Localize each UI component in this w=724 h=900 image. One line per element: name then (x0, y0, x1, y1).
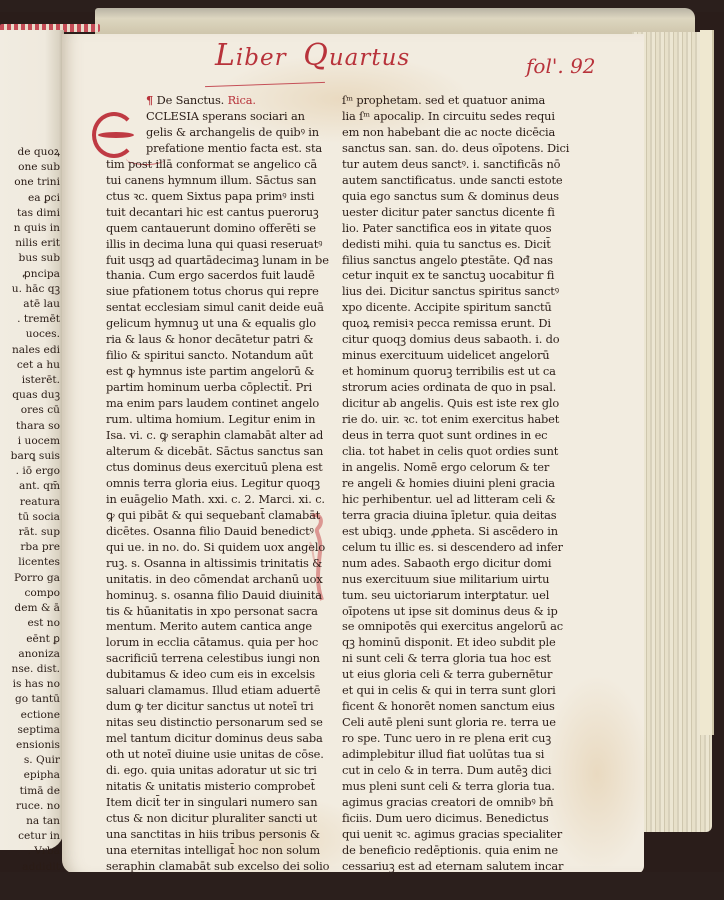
text-line: fuit usqꝫ ad quartādecimaꝫ lunam in be (106, 253, 312, 269)
text-line: omnis terra gloria eius. Legitur quoqꝫ (106, 476, 312, 492)
text-line: quas duꝫ (0, 388, 60, 403)
text-line: sanctus san. san. do. deus oīpotens. Dic… (342, 141, 568, 157)
pilcrow-mark: ¶ (146, 93, 153, 107)
text-line: is has no (0, 677, 60, 692)
text-line: rum. ultima homium. Legitur enim in (106, 412, 312, 428)
text-line: nitatis & unitatis misterio comprobet̄ (106, 779, 312, 795)
text-line: dedisti mihi. quia tu sanctus es. Dicit̄ (342, 237, 568, 253)
folio-number: fol'. 92 (526, 54, 596, 78)
text-line: qui uenit ꝛc. agimus gracias specialiter (342, 827, 568, 843)
text-line: cet a hu (0, 358, 60, 373)
text-line: quem cantauerunt domino offerēti se (106, 221, 312, 237)
text-line: autem sanctificatus. unde sancti estote (342, 173, 568, 189)
text-line: ſᵐ prophetam. sed et quatuor anima (342, 93, 568, 109)
title-initial: L (215, 38, 236, 73)
text-line: filius sanctus angelo ꝑtestāte. Qđ nas (342, 253, 568, 269)
text-line: di. ego. quia unitas adoratur ut sic tri (106, 763, 312, 779)
text-line: deus in terra quot sunt ordines in ec (342, 428, 568, 444)
text-line: ores cū (0, 403, 60, 418)
text-line: Porro ga (0, 571, 60, 586)
text-line: gelicum hymnuꝫ ut una & equalis glo (106, 316, 312, 332)
text-line: nales edi (0, 343, 60, 358)
text-line: dicitur ab angelis. Quis est iste rex gl… (342, 396, 568, 412)
text-line: sacrificiū terrena celestibus iungi non (106, 651, 312, 667)
text-line: septima (0, 723, 60, 738)
text-line: na tan (0, 814, 60, 829)
text-line: Isa. vi. c. ꝙ seraphin clamabāt alter ad (106, 428, 312, 444)
title-word-liber: iber (236, 45, 287, 71)
text-line: lia ſᵐ apocalip. In circuitu sedes requi (342, 109, 568, 125)
text-line: se omnipotēs qui exercitus angelorū ac (342, 619, 568, 635)
text-line: tū socia (0, 510, 60, 525)
text-line: unitatis. in deo cōmendat archanū uox (106, 572, 312, 588)
text-line: hominuꝫ. s. osanna filio Dauid diuinita (106, 588, 312, 604)
text-line: partim hominum uerba cōplectit̄. Pri (106, 380, 312, 396)
section-heading-text: De Sanctus. (157, 93, 225, 107)
text-line: barꝗ suis (0, 449, 60, 464)
text-line: minus exercituum uidelicet angelorū (342, 348, 568, 364)
text-line: lorum in ecclia cātamus. quia per hoc (106, 635, 312, 651)
text-line: bus sub (0, 251, 60, 266)
text-line: em non habebant die ac nocte dicēcia (342, 125, 568, 141)
text-line: timā de (0, 784, 60, 799)
text-column-right: ſᵐ prophetam. sed et quatuor animalia ſᵐ… (342, 93, 568, 891)
text-line: quia ego sanctus sum & dominus deus (342, 189, 568, 205)
text-line: ro spe. Tunc uero in re plena erit cuꝫ (342, 731, 568, 747)
text-line: i uocem (0, 434, 60, 449)
text-line: . Vrba (0, 844, 60, 859)
text-column-left: ¶ De Sanctus. Rica. CCLESIA sperans soci… (106, 93, 312, 875)
text-line: in angelis. Nomē ergo celorum & ter (342, 460, 568, 476)
text-line: ꝙ qui pibāt & qui sequebant̄ clamabāt (106, 508, 312, 524)
text-line: ficent & honorēt nomen sanctum eius (342, 699, 568, 715)
text-line: gelis & archangelis de quibꝰ in (106, 125, 312, 141)
text-line: rie do. uir. ꝛc. tot enim exercitus habe… (342, 412, 568, 428)
rubric-mark: Rica. (228, 93, 256, 107)
text-line: qꝫ hominū disponit. Et ideo subdit ple (342, 635, 568, 651)
text-line: go tantū (0, 692, 60, 707)
text-line: ut eius gloria celi & terra gubernētur (342, 667, 568, 683)
section-heading: ¶ De Sanctus. Rica. (106, 93, 312, 109)
text-line: filio & spiritui sancto. Notandum aūt (106, 348, 312, 364)
text-line: ruce. no (0, 799, 60, 814)
text-line: quoꝝ remisiꝛ pecca remissa erunt. Di (342, 316, 568, 332)
text-line: citur quoqꝫ domius deus sabaoth. i. do (342, 332, 568, 348)
left-verso-page: de quoꝝone subone triniea ꝑcitas dimin q… (0, 30, 64, 850)
text-line: nilis erit (0, 236, 60, 251)
text-line: ni sunt celi & terra gloria tua hoc est (342, 651, 568, 667)
text-line: saluari clamamus. Illud etiam aduertē (106, 683, 312, 699)
text-line: tis & hūanitatis in xpo personat sacra (106, 604, 312, 620)
text-line: uoces. (0, 327, 60, 342)
text-line: num ades. Sabaoth ergo dicitur domi (342, 556, 568, 572)
folio-label: fol'. (526, 54, 564, 78)
text-line: Celi autē pleni sunt gloria re. terra ue (342, 715, 568, 731)
text-line: illis in decima luna qui quasi reseruatꝰ (106, 237, 312, 253)
text-line: thania. Cum ergo sacerdos fuit laudē (106, 268, 312, 284)
text-line: thara so (0, 419, 60, 434)
text-line: hic perhibentur. uel ad litteram celi & (342, 492, 568, 508)
text-line: mus pleni sunt celi & terra gloria tua. (342, 779, 568, 795)
text-line: ꝓncipa (0, 267, 60, 282)
text-line: dubitamus & ideo cum eis in excelsis (106, 667, 312, 683)
text-line: prefatione mentio facta est. sta (106, 141, 312, 157)
text-line: Item dicit̄ ter in singulari numero san (106, 795, 312, 811)
text-line: licentes (0, 555, 60, 570)
text-line: una sanctitas in hiis tribus personis & (106, 827, 312, 843)
text-line: agimus gracias creatori de omnibꝰ bn̄ (342, 795, 568, 811)
text-line: rāt. sup (0, 525, 60, 540)
text-line: ctus & non dicitur pluraliter sancti ut (106, 811, 312, 827)
text-line: anoniza (0, 647, 60, 662)
text-line: est ubiqꝫ. unde ꝓpheta. Si ascēdero in (342, 524, 568, 540)
text-line: dicētes. Osanna filio Dauid benedictꝰ (106, 524, 312, 540)
text-line: reatura (0, 495, 60, 510)
text-line: . tremēt (0, 312, 60, 327)
text-line: nus exercituum siue militarium uirtu (342, 572, 568, 588)
text-line: compo (0, 586, 60, 601)
text-line: cetur inquit ex te sanctuꝫ uocabitur fi (342, 268, 568, 284)
running-head-title: Liber Quartus (215, 38, 410, 73)
column-left-lines: CCLESIA sperans sociari angelis & archan… (106, 109, 312, 875)
text-line: re angeli & homies diuini pleni gracia (342, 476, 568, 492)
text-line: lius dei. Dicitur sanctus spiritus sanct… (342, 284, 568, 300)
text-line: ficiis. Dum uero dicimus. Benedictus (342, 811, 568, 827)
text-line: CCLESIA sperans sociari an (106, 109, 312, 125)
text-line: dum ꝙ ter dicitur sanctus ut noteī tri (106, 699, 312, 715)
text-line: nse. dist. (0, 662, 60, 677)
text-line: ectione (0, 708, 60, 723)
text-line: ma enim pars laudem continet angelo (106, 396, 312, 412)
text-line: siue pfationem totus chorus qui repre (106, 284, 312, 300)
text-line: una eternitas intelligat̄ hoc non solum (106, 843, 312, 859)
title-word-quartus: uartus (329, 45, 410, 71)
text-line: celum tu illic es. si descendero ad infe… (342, 540, 568, 556)
text-line: rba pre (0, 540, 60, 555)
text-line: isterēt. (0, 373, 60, 388)
text-line: et qui in celis & qui in terra sunt glor… (342, 683, 568, 699)
text-line: eēnt ꝑ (0, 632, 60, 647)
text-line: uester dicitur pater sanctus dicente fi (342, 205, 568, 221)
background-surface-bottom (0, 872, 724, 900)
text-line: ctus dominus deus exercituū plena est (106, 460, 312, 476)
text-line: ctus ꝛc. quem Sixtus papa primꝰ insti (106, 189, 312, 205)
text-line: ensionis (0, 738, 60, 753)
text-line: oīpotens ut ipse sit dominus deus & ip (342, 604, 568, 620)
text-line: one trini (0, 175, 60, 190)
text-line: est no (0, 616, 60, 631)
text-line: mentum. Merito autem cantica ange (106, 619, 312, 635)
text-line: strorum acies ordinata de quo in psal. (342, 380, 568, 396)
text-line: qui ue. in no. do. Si quidem uox angelo (106, 540, 312, 556)
text-line: one sub (0, 160, 60, 175)
text-line: ea ꝑci (0, 191, 60, 206)
text-block-top-edge (95, 8, 695, 34)
text-line: dem & ā (0, 601, 60, 616)
text-line: s. Quir (0, 753, 60, 768)
fore-edge-board (700, 30, 714, 735)
text-line: mel tantum dicitur dominus deus saba (106, 731, 312, 747)
text-line: cut in celo & in terra. Dum autēꝫ dici (342, 763, 568, 779)
text-line: tui canens hymnum illum. Sāctus san (106, 173, 312, 189)
text-line: nitas seu distinctio personarum sed se (106, 715, 312, 731)
text-line: adimplebitur illud fiat uolūtas tua si (342, 747, 568, 763)
text-line: epipha (0, 768, 60, 783)
text-line: u. hāc qꝫ (0, 282, 60, 297)
text-line: tur autem deus sanctꝰ. i. sanctificās nō (342, 157, 568, 173)
text-line: clia. tot habet in celis quot ordies sun… (342, 444, 568, 460)
title-second-initial: Q (303, 38, 329, 73)
text-line: ria & laus & honor decātetur patri & (106, 332, 312, 348)
text-line: sentat ecclesiam simul canit deide euā (106, 300, 312, 316)
book-scan-scene: de quoꝝone subone triniea ꝑcitas dimin q… (0, 0, 724, 900)
text-line: atē lau (0, 297, 60, 312)
text-line: de beneficio redēptionis. quia enim ne (342, 843, 568, 859)
text-line: tum. seu uictoriarum interꝑtatur. uel (342, 588, 568, 604)
folio-value: 92 (570, 54, 595, 78)
text-line: lio. Pater sanctifica eos in ꝟitate quos (342, 221, 568, 237)
text-line: tas dimi (0, 206, 60, 221)
text-line: oth ut noteī diuine usie unitas de cōse. (106, 747, 312, 763)
text-line: . iō ergo (0, 464, 60, 479)
text-line: est ꝙ hymnus iste partim angelorū & (106, 364, 312, 380)
text-line: n quis in (0, 221, 60, 236)
text-line: cetur in (0, 829, 60, 844)
text-line: tim post illā conformat se angelico cā (106, 157, 312, 173)
text-line: ant. qm̄ (0, 479, 60, 494)
text-line: xpo dicente. Accipite spiritum sanctū (342, 300, 568, 316)
text-line: ruꝫ. s. Osanna in altissimis trinitatis … (106, 556, 312, 572)
text-line: terra gracia diuina īpletur. quia deitas (342, 508, 568, 524)
text-line: et hominum quoruꝫ terribilis est ut ca (342, 364, 568, 380)
text-line: in euāgelio Math. xxi. c. 2. Marci. xi. … (106, 492, 312, 508)
text-line: de quoꝝ (0, 145, 60, 160)
text-line: alterum & dicebāt. Sāctus sanctus san (106, 444, 312, 460)
text-line: tuit decantari hic est cantus pueroruꝫ (106, 205, 312, 221)
left-page-text-fragment: de quoꝝone subone triniea ꝑcitas dimin q… (0, 145, 60, 900)
